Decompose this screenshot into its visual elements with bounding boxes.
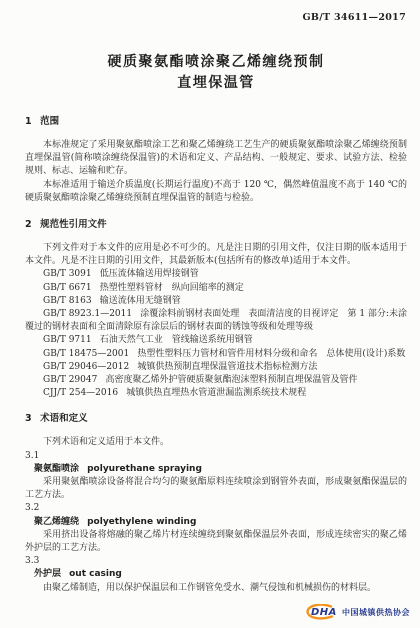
section-heading-terms-definitions: 3术语和定义: [25, 412, 407, 425]
term-definition: 由聚乙烯制造，用以保护保温层和工作钢管免受水、潮气侵蚀和机械损伤的材料层。: [25, 582, 407, 595]
reference-item: GB/T 8923.1—2011涂覆涂料前钢材表面处理 表面清洁度的目视评定 第…: [25, 308, 407, 334]
reference-title: 石油天然气工业 管线输送系统用钢管: [100, 335, 253, 345]
section-heading-scope: 1范围: [25, 115, 407, 128]
term-definition: 采用聚氨酯喷涂设备将混合均匀的聚氨酯原料连续喷涂到钢管外表面，形成聚氨酯保温层的…: [25, 476, 407, 502]
reference-item: GB/T 8163输送流体用无缝钢管: [25, 295, 407, 308]
section-number: 2: [25, 219, 32, 230]
term-number: 3.1: [25, 450, 407, 463]
reference-code: GB/T 29046—2012: [43, 362, 129, 372]
reference-code: GB/T 8163: [43, 296, 92, 306]
term-heading: 聚乙烯缠绕polyethylene winding: [25, 516, 407, 529]
reference-title: 低压流体输送用焊接钢管: [100, 269, 199, 279]
section-number: 3: [25, 413, 32, 424]
reference-item: GB/T 3091低压流体输送用焊接钢管: [25, 268, 407, 281]
term-zh: 聚氨酯喷涂: [34, 464, 79, 474]
term-number: 3.2: [25, 502, 407, 515]
section-title: 术语和定义: [40, 413, 88, 424]
reference-item: GB/T 9711石油天然气工业 管线输送系统用钢管: [25, 334, 407, 347]
term-entry: 3.2 聚乙烯缠绕polyethylene winding 采用挤出设备将熔融的…: [25, 502, 407, 555]
references-intro: 下列文件对于本文件的应用是必不可少的。凡是注日期的引用文件，仅注日期的版本适用于…: [25, 242, 407, 268]
section-number: 1: [25, 116, 32, 127]
term-en: out casing: [69, 569, 122, 579]
reference-code: GB/T 9711: [43, 335, 92, 345]
document-title: 硬质聚氨酯喷涂聚乙烯缠绕预制 直埋保温管: [25, 52, 407, 94]
document-title-line2: 直埋保温管: [25, 73, 407, 94]
term-heading: 聚氨酯喷涂polyurethane spraying: [25, 463, 407, 476]
term-heading: 外护层out casing: [25, 568, 407, 581]
scope-paragraph-1: 本标准规定了采用聚氨酯喷涂工艺和聚乙烯缠绕工艺生产的硬质聚氨酯喷涂聚乙烯缠绕预制…: [25, 139, 407, 179]
reference-code: GB/T 18475—2001: [43, 349, 129, 359]
reference-title: 城镇供热预制直埋保温管道技术指标检测方法: [137, 362, 317, 372]
reference-title: 输送流体用无缝钢管: [100, 296, 181, 306]
terms-intro: 下列术语和定义适用于本文件。: [25, 436, 407, 449]
association-name: 中国城镇供热协会: [342, 607, 410, 618]
term-zh: 外护层: [34, 569, 61, 579]
dha-logo-text: DHA: [311, 607, 337, 618]
reference-code: GB/T 29047: [43, 375, 97, 385]
dha-logo-mark: DHA: [303, 604, 339, 621]
term-zh: 聚乙烯缠绕: [34, 517, 79, 527]
term-en: polyethylene winding: [87, 517, 196, 527]
term-en: polyurethane spraying: [87, 464, 202, 474]
document-page: GB/T 34611—2017 硬质聚氨酯喷涂聚乙烯缠绕预制 直埋保温管 1范围…: [0, 0, 420, 628]
reference-title: 热塑性塑料压力管材和管件用材料分级和命名 总体使用(设计)系数: [137, 349, 405, 359]
term-number: 3.3: [25, 555, 407, 568]
reference-code: GB/T 8923.1—2011: [43, 309, 132, 319]
section-title: 规范性引用文件: [40, 219, 107, 230]
reference-item: CJJ/T 254—2016城镇供热直埋热水管道泄漏监测系统技术规程: [25, 387, 407, 400]
reference-code: CJJ/T 254—2016: [43, 388, 118, 398]
section-heading-normative-references: 2规范性引用文件: [25, 218, 407, 231]
reference-code: GB/T 6671: [43, 283, 92, 293]
reference-item: GB/T 29046—2012城镇供热预制直埋保温管道技术指标检测方法: [25, 361, 407, 374]
scope-paragraph-2: 本标准适用于输送介质温度(长期运行温度)不高于 120 ℃，偶然峰值温度不高于 …: [25, 179, 407, 205]
term-entry: 3.3 外护层out casing 由聚乙烯制造，用以保护保温层和工作钢管免受水…: [25, 555, 407, 595]
standard-number: GB/T 34611—2017: [25, 12, 407, 23]
reference-title: 高密度聚乙烯外护管硬质聚氨酯泡沫塑料预制直埋保温管及管件: [105, 375, 357, 385]
reference-item: GB/T 6671热塑性塑料管材 纵向回缩率的测定: [25, 282, 407, 295]
document-title-line1: 硬质聚氨酯喷涂聚乙烯缠绕预制: [25, 52, 407, 73]
reference-code: GB/T 3091: [43, 269, 92, 279]
term-entry: 3.1 聚氨酯喷涂polyurethane spraying 采用聚氨酯喷涂设备…: [25, 450, 407, 503]
reference-title: 城镇供热直埋热水管道泄漏监测系统技术规程: [126, 388, 306, 398]
reference-item: GB/T 29047高密度聚乙烯外护管硬质聚氨酯泡沫塑料预制直埋保温管及管件: [25, 374, 407, 387]
reference-title: 热塑性塑料管材 纵向回缩率的测定: [100, 283, 244, 293]
association-logo: DHA 中国城镇供热协会: [303, 604, 410, 621]
term-definition: 采用挤出设备将熔融的聚乙烯片材连续缠绕到聚氨酯保温层外表面，形成连续密实的聚乙烯…: [25, 529, 407, 555]
section-title: 范围: [40, 116, 59, 127]
reference-item: GB/T 18475—2001热塑性塑料压力管材和管件用材料分级和命名 总体使用…: [25, 348, 407, 361]
